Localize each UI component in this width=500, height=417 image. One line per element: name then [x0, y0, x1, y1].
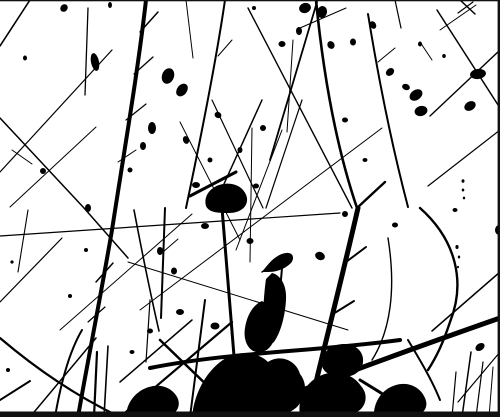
leaf-blob — [23, 56, 27, 61]
leaf-blob — [238, 147, 243, 153]
leaf-blob — [108, 2, 112, 8]
leaf-blob — [176, 309, 184, 315]
leaf-blob — [68, 294, 72, 298]
leaf-blob — [462, 179, 465, 183]
leaf-blob — [260, 125, 266, 131]
leaf-blob — [40, 168, 46, 174]
leaf-blob — [363, 158, 368, 162]
leaf-blob — [201, 223, 209, 229]
leaf-blob — [247, 238, 254, 244]
leaf-blob — [463, 197, 465, 200]
leaf-blob — [130, 350, 135, 354]
leaf-blob — [85, 204, 91, 212]
leaf-blob — [462, 189, 465, 192]
leaf-blob — [148, 122, 156, 134]
leaf-blob — [6, 368, 10, 372]
leaf-blob — [10, 260, 13, 263]
branches-photo-svg — [0, 0, 500, 417]
leaf-blob — [211, 323, 220, 330]
leaf-blob — [453, 208, 458, 212]
top-edge-line — [0, 0, 500, 1]
leaf-blob — [455, 245, 458, 249]
leaf-blob — [192, 182, 200, 188]
leaf-blob — [342, 118, 348, 123]
leaf-blob — [350, 39, 356, 46]
leaf-blob — [157, 247, 163, 255]
leaf-blob — [392, 223, 398, 228]
leaf-blob — [457, 266, 459, 269]
leaf-blob — [128, 168, 133, 173]
leaf-blob — [418, 42, 422, 47]
leaf-blob — [279, 41, 286, 47]
screenshot-root — [0, 0, 500, 417]
leaf-blob — [208, 158, 213, 163]
bottom-edge-bar — [0, 412, 500, 417]
leaf-blob — [140, 142, 146, 150]
leaf-blob — [342, 211, 348, 217]
leaf-blob — [458, 256, 460, 259]
leaf-blob — [442, 54, 446, 58]
leaf-blob — [84, 248, 88, 252]
leaf-blob — [147, 329, 153, 334]
leaf-blob — [253, 184, 259, 189]
leaf-blob — [296, 27, 302, 35]
thresholded-branches-photo — [0, 0, 500, 417]
leaf-blob — [171, 268, 177, 275]
leaf-blob — [252, 6, 256, 10]
